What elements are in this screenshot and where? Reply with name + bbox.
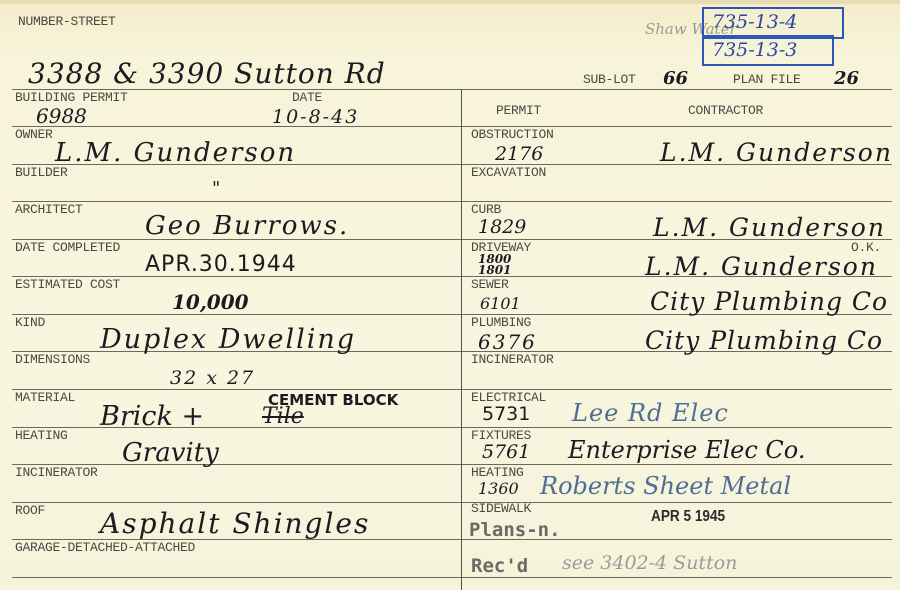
plumbing-label: PLUMBING	[471, 316, 531, 329]
heating-label: HEATING	[15, 429, 68, 442]
incinerator-label: INCINERATOR	[15, 466, 98, 479]
builder-label: BUILDER	[15, 166, 68, 179]
obstruction-contractor: L.M. Gunderson	[660, 140, 893, 165]
plans-stamp: Plans-n.	[469, 521, 561, 540]
heating-contractor: Roberts Sheet Metal	[540, 474, 791, 498]
owner-label: OWNER	[15, 128, 53, 141]
dimensions-label: DIMENSIONS	[15, 353, 90, 366]
stamp-box-bottom: 735-13-3	[702, 35, 834, 66]
plumbing-permit: 6376	[478, 332, 537, 352]
kind-label: KIND	[15, 316, 45, 329]
contractor-header: CONTRACTOR	[688, 104, 763, 117]
architect-label: ARCHITECT	[15, 203, 83, 216]
building-permit-label: BUILDING PERMIT	[15, 91, 128, 104]
received-note: see 3402-4 Sutton	[562, 552, 737, 574]
rule-line	[12, 502, 892, 503]
sewer-label: SEWER	[471, 278, 509, 291]
obstruction-permit: 2176	[495, 145, 543, 164]
sewer-permit: 6101	[480, 296, 521, 312]
sub-lot-value: 66	[663, 70, 688, 88]
dimensions-value: 32 x 27	[170, 369, 255, 388]
stamp-box-line2: 735-13-3	[712, 41, 797, 60]
plan-file-label: PLAN FILE	[733, 73, 801, 86]
roof-label: ROOF	[15, 504, 45, 517]
driveway-contractor: L.M. Gunderson	[645, 254, 878, 279]
heating-permit: 1360	[478, 481, 519, 497]
rule-line	[12, 126, 892, 127]
date-completed-value: APR.30.1944	[145, 254, 297, 276]
stamp-box-line1: 735-13-4	[712, 13, 797, 32]
material-insert: CEMENT BLOCK	[268, 393, 398, 408]
address-value: 3388 & 3390 Sutton Rd	[28, 60, 386, 88]
estimated-cost-value: 10,000	[172, 292, 249, 312]
plan-file-value: 26	[834, 70, 859, 88]
number-street-label: NUMBER-STREET	[18, 15, 116, 28]
excavation-label: EXCAVATION	[471, 166, 546, 179]
curb-permit: 1829	[478, 218, 526, 237]
driveway-permit-2: 1801	[478, 264, 511, 276]
sub-lot-label: SUB-LOT	[583, 73, 636, 86]
roof-value: Asphalt Shingles	[100, 510, 370, 538]
material-struck: Tile	[262, 406, 304, 428]
architect-value: Geo Burrows.	[145, 213, 349, 239]
permit-header: PERMIT	[496, 104, 541, 117]
electrical-contractor: Lee Rd Elec	[572, 401, 729, 425]
rule-line	[12, 389, 892, 390]
curb-contractor: L.M. Gunderson	[653, 215, 886, 240]
builder-value: "	[212, 180, 220, 198]
plumbing-contractor: City Plumbing Co	[645, 328, 883, 353]
kind-value: Duplex Dwelling	[100, 326, 356, 353]
heating-permit-label: HEATING	[471, 466, 524, 479]
column-divider	[461, 89, 462, 590]
curb-label: CURB	[471, 203, 501, 216]
incinerator-permit-label: INCINERATOR	[471, 353, 554, 366]
sidewalk-label: SIDEWALK	[471, 502, 531, 515]
fixtures-contractor: Enterprise Elec Co.	[568, 438, 805, 462]
received-date-stamp: APR 5 1945	[651, 509, 725, 525]
rule-line	[12, 577, 892, 578]
material-value: Brick +	[100, 403, 204, 430]
estimated-cost-label: ESTIMATED COST	[15, 278, 120, 291]
owner-value: L.M. Gunderson	[55, 140, 296, 166]
heating-value: Gravity	[122, 440, 219, 466]
material-label: MATERIAL	[15, 391, 75, 404]
card-top-edge	[0, 0, 900, 4]
date-completed-label: DATE COMPLETED	[15, 241, 120, 254]
sewer-contractor: City Plumbing Co	[650, 289, 888, 314]
date-label: DATE	[292, 91, 322, 104]
obstruction-label: OBSTRUCTION	[471, 128, 554, 141]
garage-label: GARAGE-DETACHED-ATTACHED	[15, 541, 195, 554]
received-stamp: Rec'd	[471, 557, 528, 576]
permit-card: NUMBER-STREET 3388 & 3390 Sutton Rd SUB-…	[0, 0, 900, 590]
fixtures-permit: 5761	[482, 443, 530, 462]
building-permit-value: 6988	[36, 106, 87, 126]
rule-line	[12, 201, 892, 202]
date-value: 10-8-43	[272, 108, 359, 127]
electrical-permit: 5731	[482, 405, 530, 424]
